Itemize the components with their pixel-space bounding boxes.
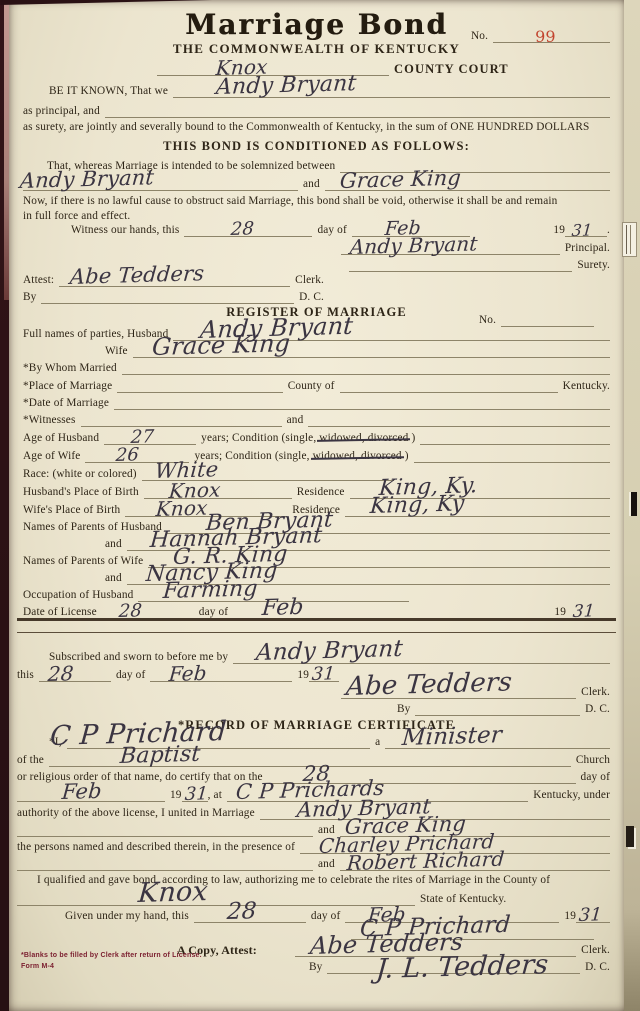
deputy-field: J. L. Tedders (327, 960, 580, 974)
marriage-bond-document: Marriage Bond No. 99 THE COMMONWEALTH OF… (9, 0, 624, 1011)
wife-name-handwriting: Grace King (151, 330, 291, 361)
date-of-marriage-field (114, 396, 610, 410)
given-day-handwriting: 28 (226, 899, 258, 926)
wife-name-field: Grace King (133, 344, 610, 358)
sworn-year-prefix: 19 (297, 669, 309, 682)
age-husband-field: 27 (104, 431, 196, 445)
paren-close-w: ) (405, 450, 409, 463)
deputy-signature: J. L. Tedders (375, 950, 549, 985)
witnesses-and-label: and (287, 414, 304, 427)
this-label: this (17, 669, 34, 682)
condition-label-h: years; Condition (single, (201, 432, 316, 445)
place-of-marriage-row: *Place of Marriage County of Kentucky. (23, 379, 610, 393)
race-label: Race: (white or colored) (23, 468, 137, 481)
be-it-known-label: BE IT KNOWN, That we (49, 85, 168, 98)
parents-wife-row: Names of Parents of Wife G. R. King (23, 554, 610, 568)
license-day-field: 28 (102, 605, 194, 619)
ky-under-label: Kentucky, under (533, 789, 610, 802)
condition-field-h (420, 431, 610, 445)
final-dc-label: D. C. (585, 961, 610, 974)
groom-bride-row: Andy Bryant and Grace King (23, 177, 610, 191)
witness2-field-cert: Robert Richard (340, 857, 610, 871)
dc-label: D. C. (299, 291, 324, 304)
date-of-marriage-label: *Date of Marriage (23, 397, 109, 410)
cert-county-field: Knox (17, 892, 415, 906)
church-handwriting: Baptist (119, 743, 201, 770)
certify-label: or religious order of that name, do cert… (17, 771, 263, 784)
attest-label: Attest: (23, 274, 54, 287)
kentucky-label: Kentucky. (563, 380, 610, 393)
register-no-label: No. (479, 314, 496, 327)
sworn-by-field (415, 702, 580, 716)
by-dc-row: By D. C. (23, 290, 324, 304)
wife-name-row: Wife Grace King (105, 344, 610, 358)
clerk-footnote: *Blanks to be filled by Clerk after retu… (21, 952, 202, 959)
year-field: 31 (565, 223, 607, 237)
subscribed-name-field: Andy Bryant (233, 650, 610, 664)
form-number: Form M-4 (21, 963, 54, 970)
occupation-handwriting: Farming (162, 578, 258, 605)
void-clause-2-text: in full force and effect. (23, 210, 130, 223)
as-principal-label: as principal, and (23, 105, 100, 118)
given-year-prefix: 19 (564, 910, 576, 923)
surety-clause: as surety, are jointly and severally bou… (23, 121, 614, 134)
attest-row: Attest: Abe Tedders Clerk. (23, 273, 324, 287)
by-whom-label: *By Whom Married (23, 362, 117, 375)
united-row: authority of the above license, I united… (17, 806, 610, 820)
surety-name-field (105, 104, 610, 118)
as-principal-row: as principal, and (23, 104, 610, 118)
husband-residence-label: Residence (297, 486, 345, 499)
occupation-label: Occupation of Husband (23, 589, 133, 602)
given-day-of-label: day of (311, 910, 340, 923)
void-clause-1: Now, if there is no lawful cause to obst… (23, 195, 616, 208)
parents-wife-label: Names of Parents of Wife (23, 555, 143, 568)
age-wife-row: Age of Wife 26 years; Condition (single,… (23, 449, 610, 463)
authority-label: authority of the above license, I united… (17, 807, 255, 820)
sworn-year-field: 31 (309, 668, 339, 682)
surety-signature-field (349, 258, 572, 272)
struck-options-h: widowed, divorced (319, 432, 408, 445)
presence-2-row: and Robert Richard (17, 857, 610, 871)
parents-husband-label: Names of Parents of Husband (23, 521, 162, 534)
by-whom-row: *By Whom Married (23, 361, 610, 375)
void-clause-1-text: Now, if there is no lawful cause to obst… (23, 195, 557, 208)
age-wife-label: Age of Wife (23, 450, 80, 463)
certify-month-handwriting: Feb (61, 780, 103, 805)
and-mother-h-label: and (105, 538, 122, 551)
and-mother-w-label: and (105, 572, 122, 585)
sworn-day-of-label: day of (116, 669, 145, 682)
conditioned-heading: THIS BOND IS CONDITIONED AS FOLLOWS: (163, 139, 470, 153)
qualified-label: I qualified and gave bond, according to … (37, 874, 550, 887)
sworn-clerk-label: Clerk. (581, 686, 610, 699)
section-divider-thin (17, 632, 616, 633)
church-label: Church (576, 754, 610, 767)
place-label: *Place of Marriage (23, 380, 112, 393)
certify-year-handwriting: 31 (184, 784, 209, 805)
witness2-handwriting: Robert Richard (346, 847, 505, 874)
sworn-clerk-row: Abe Tedders Clerk. (341, 685, 610, 699)
license-row: Date of License 28 day of Feb 19 31 (23, 605, 610, 619)
surety-signature-row: Surety. (349, 258, 610, 272)
presence-label: the persons named and described therein,… (17, 841, 295, 854)
surety-clause-text: as surety, are jointly and severally bou… (23, 121, 589, 134)
county-court-label: COUNTY COURT (394, 62, 509, 76)
witness1-field (81, 413, 282, 427)
license-month-field: Feb (233, 605, 549, 619)
county-state-row: Knox State of Kentucky. (17, 892, 514, 906)
attest-clerk-signature: Abe Tedders (69, 263, 205, 290)
a-label: a (375, 736, 380, 749)
surety-label: Surety. (577, 259, 610, 272)
wife-birth-label: Wife's Place of Birth (23, 504, 120, 517)
deputy-row: By J. L. Tedders D. C. (309, 960, 610, 974)
principal-name-field: Andy Bryant (173, 84, 610, 98)
united-bride-row: and Grace King (17, 823, 610, 837)
section-divider-heavy (17, 618, 616, 621)
subscribed-row: Subscribed and sworn to before me by And… (49, 650, 610, 664)
sworn-by-row: By D. C. (397, 702, 610, 716)
certify-month-field: Feb (17, 788, 165, 802)
sworn-clerk-field: Abe Tedders (341, 685, 576, 699)
document-title: Marriage Bond (185, 9, 448, 40)
certify-year-prefix: 19 (170, 789, 182, 802)
edge-mark-upper (631, 492, 637, 516)
by-field (41, 290, 294, 304)
sworn-month-handwriting: Feb (168, 661, 208, 685)
cert-county-handwriting: Knox (137, 877, 209, 909)
principal-label: Principal. (565, 242, 610, 255)
presence-row: the persons named and described therein,… (17, 840, 610, 854)
county-of-label: County of (288, 380, 335, 393)
year-handwriting: 31 (571, 221, 593, 240)
given-year-handwriting: 31 (578, 905, 603, 926)
at-label: , at (208, 789, 222, 802)
presence-and-label: and (318, 858, 335, 871)
given-label: Given under my hand, this (65, 910, 189, 923)
wife-birth-handwriting: Knox (155, 496, 208, 520)
certify-day-of-label: day of (581, 771, 610, 784)
witness2-field (308, 413, 610, 427)
wife-residence-handwriting: King, Ky (369, 493, 465, 520)
witnesses-label: *Witnesses (23, 414, 76, 427)
sworn-dc-label: D. C. (585, 703, 610, 716)
occupation-row: Occupation of Husband Farming (23, 588, 409, 602)
struck-options-w: widowed, divorced (313, 450, 402, 463)
given-day-field: 28 (194, 909, 306, 923)
be-it-known-row: BE IT KNOWN, That we Andy Bryant (49, 84, 610, 98)
wife-residence-field: King, Ky (345, 503, 610, 517)
given-row: Given under my hand, this 28 day of Feb … (65, 909, 610, 923)
groom-handwriting: Andy Bryant (19, 167, 155, 194)
bride-handwriting: Grace King (339, 167, 462, 194)
age-husband-label: Age of Husband (23, 432, 99, 445)
day-handwriting: 28 (230, 219, 255, 240)
principal-name-handwriting: Andy Bryant (215, 72, 357, 101)
and-label: and (303, 178, 320, 191)
attest-clerk-field: Abe Tedders (59, 273, 290, 287)
period: . (607, 224, 610, 237)
license-year-field: 31 (566, 605, 610, 619)
husband-name-row: Full names of parties, Husband Andy Brya… (23, 327, 610, 341)
register-no-field (501, 313, 594, 327)
sworn-date-row: this 28 day of Feb 19 31 (17, 668, 394, 682)
sworn-clerk-signature: Abe Tedders (345, 668, 513, 702)
united-bride-spacer (17, 823, 313, 837)
given-year-field: 31 (576, 909, 610, 923)
witness-hands-row: Witness our hands, this 28 day of Feb 19… (71, 223, 610, 237)
no-field: 99 (493, 29, 610, 43)
state-label: State of Kentucky. (420, 893, 506, 906)
sworn-day-handwriting: 28 (47, 662, 74, 685)
final-by-label: By (309, 961, 322, 974)
certify-year-field: 31 (182, 788, 208, 802)
minister-title-field: Minister (385, 735, 610, 749)
bond-number-row: No. 99 (471, 29, 610, 43)
scanned-marriage-bond-photo: { "colors":{"paper":"#ece5cf","print_ink… (0, 0, 640, 1011)
sworn-month-field: Feb (150, 668, 292, 682)
by-label: By (23, 291, 36, 304)
age-husband-row: Age of Husband 27 years; Condition (sing… (23, 431, 610, 445)
sworn-year-handwriting: 31 (311, 664, 336, 685)
condition-field-w (414, 449, 610, 463)
register-no-row: No. (479, 313, 594, 327)
sworn-by-label: By (397, 703, 410, 716)
groom-field: Andy Bryant (23, 177, 298, 191)
edge-paper-tab (622, 222, 637, 257)
age-wife-handwriting: 26 (115, 445, 140, 466)
principal-signature-row: Andy Bryant Principal. (341, 241, 610, 255)
paren-close-h: ) (411, 432, 415, 445)
wife-label: Wife (105, 345, 128, 358)
qualified-row: I qualified and gave bond, according to … (37, 874, 616, 887)
sworn-day-field: 28 (39, 668, 111, 682)
of-the-label: of the (17, 754, 44, 767)
final-clerk-label: Clerk. (581, 944, 610, 957)
minister-title-handwriting: Minister (401, 723, 503, 752)
day-field: 28 (184, 223, 312, 237)
year-prefix: 19 (553, 224, 565, 237)
husband-birth-label: Husband's Place of Birth (23, 486, 139, 499)
void-clause-2: in full force and effect. (23, 210, 610, 223)
edge-mark-lower (626, 826, 634, 847)
clerk-label: Clerk. (295, 274, 324, 287)
principal-signature-field: Andy Bryant (341, 241, 560, 255)
commonwealth-heading: THE COMMONWEALTH OF KENTUCKY (173, 42, 460, 57)
date-of-marriage-row: *Date of Marriage (23, 396, 610, 410)
bride-field: Grace King (325, 177, 610, 191)
witnesses-row: *Witnesses and (23, 413, 610, 427)
principal-signature: Andy Bryant (349, 232, 479, 258)
minister-name-field: C P Prichard (67, 735, 370, 749)
by-whom-field (122, 361, 610, 375)
husband-birth-row: Husband's Place of Birth Knox Residence … (23, 485, 610, 499)
witness2-spacer (17, 857, 313, 871)
county-of-field (340, 379, 558, 393)
day-of-label: day of (317, 224, 346, 237)
witness-hands-label: Witness our hands, this (71, 224, 179, 237)
full-names-label: Full names of parties, Husband (23, 328, 168, 341)
place-field (117, 379, 282, 393)
